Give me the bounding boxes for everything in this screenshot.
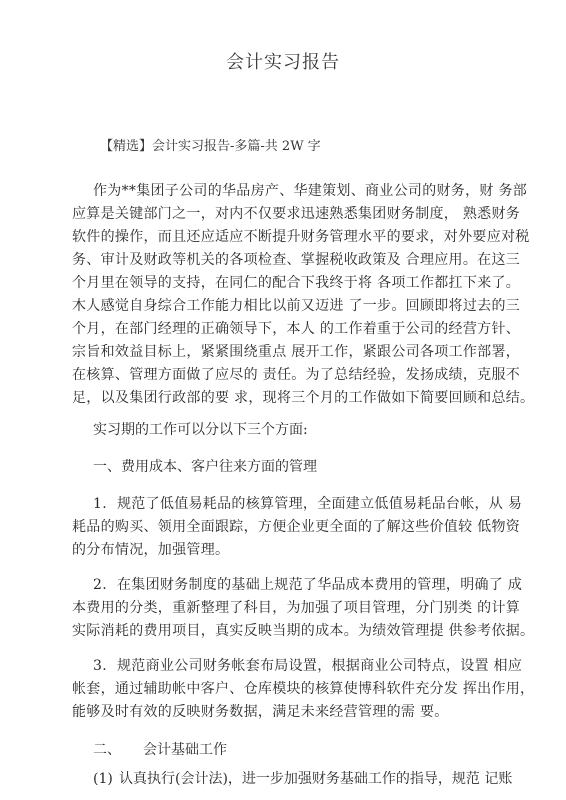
paragraph-line: 帐套，通过辅助帐中客户、仓库模块的核算使博科软件充分发 挥出作用， [72, 679, 502, 699]
paragraph-line: 实际消耗的费用项目，真实反映当期的成本。为绩效管理提 供参考依据。 [72, 621, 502, 641]
paragraph-line: 足，以及集团行政部的要 求，现将三个月的工作做如下简要回顾和总结。 [72, 388, 502, 408]
document-subtitle: 【精选】会计实习报告-多篇-共 2W 字 [100, 135, 321, 154]
paragraph-line: 个月里在领导的支持，在同仁的配合下我终于将 各项工作都扛下来了。 [72, 273, 502, 293]
paragraph-line: 本费用的分类，重新整理了科目，为加强了项目管理，分门别类 的计算 [72, 598, 502, 618]
paragraph-line: 在核算、管理方面做了应尽的 责任。为了总结经验，发扬成绩，克服不 [72, 365, 502, 385]
paragraph-line: 木人感觉自身综合工作能力相比以前又迈进 了一步。回顾即将过去的三 [72, 296, 502, 316]
section1-heading: 一、费用成本、客户往来方面的管理 [93, 457, 317, 477]
item-number: 1. [93, 494, 117, 514]
item-text: 规范了低值易耗品的核算管理，全面建立低值易耗品台帐，从 易 [117, 496, 522, 512]
overview-text: 实习期的工作可以分以下三个方面: [93, 420, 308, 440]
section2-number: 二、 [93, 740, 143, 760]
item-number: 2. [93, 575, 117, 595]
document-page: 会计实习报告 【精选】会计实习报告-多篇-共 2W 字 作为**集团子公司的华品… [0, 0, 566, 800]
paragraph-line: 应算是关键部门之一，对内不仅要求迅速熟悉集团财务制度， 熟悉财务 [72, 204, 502, 224]
paragraph-line: 软件的操作，而且还应适应不断提升财务管理水平的要求，对外要应对税 [72, 227, 502, 247]
paragraph-line: 能够及时有效的反映财务数据，满足未来经营管理的需 要。 [72, 702, 502, 722]
paragraph-line: 宗旨和效益目标上，紧紧围绕重点 展开工作，紧跟公司各项工作部署， [72, 342, 502, 362]
item-number: (1) [93, 769, 119, 789]
paragraph-line: 耗品的购买、领用全面跟踪，方便企业更全面的了解这些价值较 低物资 [72, 517, 502, 537]
section2-heading: 二、会计基础工作 [93, 740, 227, 760]
item-text: 规范商业公司财务帐套布局设置，根据商业公司特点，设置 相应 [117, 658, 522, 674]
item-number: 3. [93, 656, 117, 676]
section2-title: 会计基础工作 [143, 742, 227, 758]
paragraph-line: 3.规范商业公司财务帐套布局设置，根据商业公司特点，设置 相应 [93, 656, 502, 676]
document-title: 会计实习报告 [0, 48, 566, 74]
item-text: 认真执行(会计法)，进一步加强财务基础工作的指导，规范 记账 [119, 771, 512, 787]
paragraph-line: 1.规范了低值易耗品的核算管理，全面建立低值易耗品台帐，从 易 [93, 494, 502, 514]
paragraph-line: 个月，在部门经理的正确领导下，本人 的工作着重于公司的经营方针、 [72, 319, 502, 339]
paragraph-line: 务、审计及财政等机关的各项检查、掌握税收政策及 合理应用。在这三 [72, 250, 502, 270]
item-text: 在集团财务制度的基础上规范了华品成本费用的管理，明确了 成 [117, 577, 522, 593]
paragraph-line: 作为**集团子公司的华品房产、华建策划、商业公司的财务，财 务部 [93, 181, 502, 201]
paragraph-line: 的分布情况，加强管理。 [72, 540, 502, 560]
paragraph-line: 2.在集团财务制度的基础上规范了华品成本费用的管理，明确了 成 [93, 575, 502, 595]
section2-item-1: (1)认真执行(会计法)，进一步加强财务基础工作的指导，规范 记账 [93, 769, 512, 789]
